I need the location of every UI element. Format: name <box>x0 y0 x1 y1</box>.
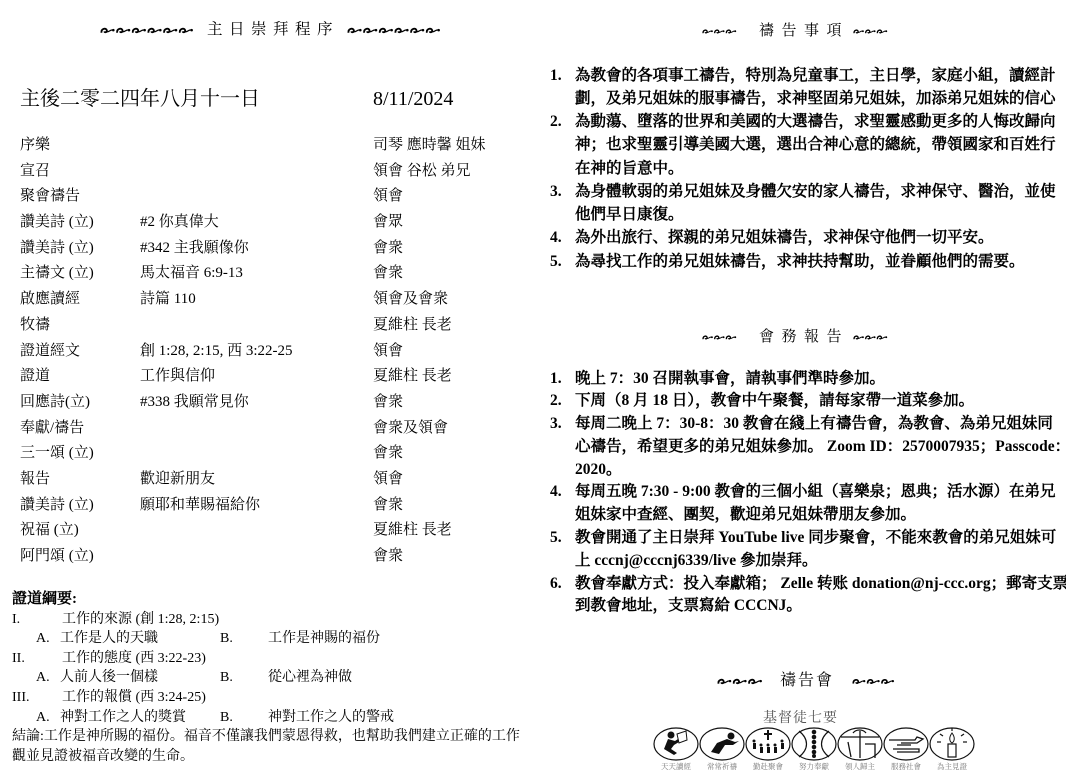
program-detail: 詩篇 110 <box>140 288 196 310</box>
outline-point-number: III. <box>12 688 30 708</box>
sermon-outline: 證道綱要: I. 工作的來源 (創 1:28, 2:15) A. 工作是人的天職… <box>0 590 530 766</box>
prayer-item-line: 為外出旅行、探親的弟兄姐妹禱告，求神保守他們一切平安。 <box>575 226 1066 249</box>
subpoint-a-text: 工作是人的天職 <box>60 629 158 649</box>
announcement-number: 2. <box>550 390 562 413</box>
prayer-item: 2. 為動蕩、墮落的世界和美國的大選禱告，求聖靈感動更多的人悔改歸向 神；也求聖… <box>540 110 1066 180</box>
subpoint-b-label: B. <box>220 708 233 728</box>
announcement-item: 4. 每周五晚 7:30 - 9:00 教會的三個小組（喜樂泉；恩典；活水源）在… <box>540 481 1066 527</box>
outline-point-number: I. <box>12 610 20 630</box>
announcement-line: 到教會地址，支票寫給 CCCNJ。 <box>575 595 1066 618</box>
sermon-conclusion-line: 觀並見證被福音改變的生命。 <box>12 747 194 767</box>
program-item: 回應詩(立) <box>20 391 90 413</box>
subpoint-b-text: 工作是神賜的福份 <box>268 629 380 649</box>
program-item: 證道經文 <box>20 340 80 362</box>
prayer-meeting-heading: 禱告會 <box>717 672 895 690</box>
seven-duties-labels: 天天讀經 常常祈禱 勤赴聚會 努力奉獻 領人歸主 服務社會 為主見證 <box>653 761 975 772</box>
program-leader: 會衆及領會 <box>373 417 448 439</box>
program-row: 讚美詩 (立)#342 主我願像你會衆 <box>0 237 530 263</box>
ornament-icon <box>702 27 737 36</box>
outline-subpoints: A. 神對工作之人的獎賞 B. 神對工作之人的警戒 <box>0 708 530 728</box>
ornament-icon <box>852 677 895 686</box>
program-leader: 領會 <box>373 340 403 362</box>
prayer-item-number: 2. <box>550 110 562 133</box>
program-leader: 會衆 <box>373 494 403 516</box>
program-leader: 夏維柱 長老 <box>373 519 452 541</box>
announcement-item: 3. 每周二晚上 7：30-8：30 教會在綫上有禱告會，為教會、為弟兄姐妹同 … <box>540 413 1066 481</box>
duty-label: 服務社會 <box>883 761 929 772</box>
duty-label: 努力奉獻 <box>791 761 837 772</box>
program-leader: 司琴 應時馨 姐妹 <box>373 134 486 156</box>
prayer-items-list: 1. 為教會的各項事工禱告，特別為兒童事工，主日學，家庭小組，讀經計 劃，及弟兄… <box>540 64 1066 273</box>
program-detail: 馬太福音 6:9-13 <box>140 262 243 284</box>
serving-hands-icon <box>889 737 923 752</box>
announcement-line: 每周五晚 7:30 - 9:00 教會的三個小組（喜樂泉；恩典；活水源）在弟兄 <box>575 481 1066 504</box>
announcement-line: 2020。 <box>575 459 1066 482</box>
announcement-item: 2. 下周（8 月 18 日），教會中午聚餐，請每家帶一道菜參加。 <box>540 390 1066 413</box>
subpoint-b-text: 神對工作之人的警戒 <box>268 708 394 728</box>
sermon-conclusion-line: 結論:工作是神所賜的福份。福音不僅讓我們蒙恩得救，也幫助我們建立正確的工作 <box>12 727 520 747</box>
prayer-item-line: 在神的旨意中。 <box>575 157 1066 180</box>
program-item: 報告 <box>20 468 50 490</box>
program-item: 證道 <box>20 365 50 387</box>
subpoint-a-text: 神對工作之人的獎賞 <box>60 708 186 728</box>
seven-duties-title: 基督徒七要 <box>763 707 838 727</box>
program-row: 證道經文創 1:28, 2:15, 西 3:22-25領會 <box>0 340 530 366</box>
program-detail: #342 主我願像你 <box>140 237 249 259</box>
announcement-number: 5. <box>550 527 562 550</box>
announcements-list: 1. 晚上 7：30 召開執事會，請執事們準時參加。 2. 下周（8 月 18 … <box>540 368 1066 619</box>
program-leader: 會衆 <box>373 262 403 284</box>
prayer-item-line: 為動蕩、墮落的世界和美國的大選禱告，求聖靈感動更多的人悔改歸向 <box>575 110 1066 133</box>
announcement-number: 1. <box>550 368 562 391</box>
duty-label: 勤赴聚會 <box>745 761 791 772</box>
program-detail: 歡迎新朋友 <box>140 468 215 490</box>
program-row: 三一頌 (立)會衆 <box>0 442 530 468</box>
prayer-item-number: 5. <box>550 250 562 273</box>
outline-point: I. 工作的來源 (創 1:28, 2:15) <box>0 610 530 630</box>
subpoint-a-label: A. <box>36 668 50 688</box>
prayer-item-number: 4. <box>550 226 562 249</box>
announcement-number: 4. <box>550 481 562 504</box>
ornament-icon <box>717 677 763 686</box>
announcement-item: 6. 教會奉獻方式：投入奉獻箱； Zelle 转账 donation@nj-cc… <box>540 573 1066 619</box>
ornament-icon <box>702 333 737 342</box>
congregation-cross-icon <box>753 730 785 753</box>
outline-point-text: 工作的來源 (創 1:28, 2:15) <box>62 610 219 630</box>
program-row: 啟應讀經詩篇 110領會及會衆 <box>0 288 530 314</box>
program-leader: 領會及會衆 <box>373 288 448 310</box>
duty-label: 領人歸主 <box>837 761 883 772</box>
prayer-item: 1. 為教會的各項事工禱告，特別為兒童事工，主日學，家庭小組，讀經計 劃，及弟兄… <box>540 64 1066 111</box>
program-row: 宣召領會 谷松 弟兄 <box>0 160 530 186</box>
sermon-outline-heading: 證道綱要: <box>12 590 77 610</box>
program-row: 讚美詩 (立)願耶和華賜福給你會衆 <box>0 494 530 520</box>
program-detail: 工作與信仰 <box>140 365 215 387</box>
program-leader: 領會 <box>373 468 403 490</box>
subpoint-a-label: A. <box>36 708 50 728</box>
outline-subpoints: A. 人前人後一個樣 B. 從心裡為神做 <box>0 668 530 688</box>
program-item: 阿門頌 (立) <box>20 545 94 567</box>
outline-point-number: II. <box>12 649 25 669</box>
program-row: 祝福 (立)夏維柱 長老 <box>0 519 530 545</box>
prayer-item: 4. 為外出旅行、探親的弟兄姐妹禱告，求神保守他們一切平安。 <box>540 226 1066 249</box>
program-detail: #2 你真偉大 <box>140 211 219 233</box>
announcements-title: 會務報告 <box>759 328 849 346</box>
worship-order-title: 主日崇拜程序 <box>207 21 339 39</box>
announcement-item: 1. 晚上 7：30 召開執事會，請執事們準時參加。 <box>540 368 1066 391</box>
outline-subpoints: A. 工作是人的天職 B. 工作是神賜的福份 <box>0 629 530 649</box>
prayer-item-line: 他們早日康復。 <box>575 203 1066 226</box>
announcement-item: 5. 教會開通了主日崇拜 YouTube live 同步聚會，不能來教會的弟兄姐… <box>540 527 1066 573</box>
prayer-item-number: 3. <box>550 180 562 203</box>
program-leader: 會眾 <box>373 211 403 233</box>
program-item: 序樂 <box>20 134 50 156</box>
announcement-line: 教會奉獻方式：投入奉獻箱； Zelle 转账 donation@nj-ccc.o… <box>575 573 1066 596</box>
prayer-item: 5. 為尋找工作的弟兄姐妹禱告，求神扶持幫助，並眷顧他們的需要。 <box>540 250 1066 273</box>
seven-duties-image: 基督徒七要 <box>650 705 980 772</box>
program-leader: 會衆 <box>373 545 403 567</box>
ornament-icon <box>100 26 194 35</box>
service-date: 8/11/2024 <box>373 87 453 111</box>
program-item: 祝福 (立) <box>20 519 79 541</box>
announcement-line: 下周（8 月 18 日），教會中午聚餐，請每家帶一道菜參加。 <box>575 390 1066 413</box>
program-detail: 創 1:28, 2:15, 西 3:22-25 <box>140 340 293 362</box>
prayer-item-line: 為教會的各項事工禱告，特別為兒童事工，主日學，家庭小組，讀經計 <box>575 64 1066 87</box>
reading-person-icon <box>664 731 687 755</box>
subpoint-a-label: A. <box>36 629 50 649</box>
announcement-line: 上 cccnj@cccnj6339/live 參加崇拜。 <box>575 550 1066 573</box>
announcement-number: 6. <box>550 573 562 596</box>
ornament-icon <box>853 27 888 36</box>
prayer-item-line: 劃，及弟兄姐妹的服事禱告，求神堅固弟兄姐妹，加添弟兄姐妹的信心 <box>575 87 1066 110</box>
program-row: 牧禱夏維柱 長老 <box>0 314 530 340</box>
duty-label: 為主見證 <box>929 761 975 772</box>
announcement-line: 晚上 7：30 召開執事會，請執事們準時參加。 <box>575 368 1066 391</box>
cross-tree-icon <box>841 730 879 758</box>
service-date-chinese: 主後二零二四年八月十一日 <box>20 87 260 111</box>
program-item: 讚美詩 (立) <box>20 494 94 516</box>
announcements-heading: 會務報告 <box>702 328 888 346</box>
program-row: 奉獻/禱告會衆及領會 <box>0 417 530 443</box>
program-item: 聚會禱告 <box>20 185 80 207</box>
outline-point-text: 工作的態度 (西 3:22-23) <box>62 649 206 669</box>
program-row: 回應詩(立)#338 我願常見你會衆 <box>0 391 530 417</box>
prayer-item-line: 為身體軟弱的弟兄姐妹及身體欠安的家人禱告，求神保守、醫治，並使 <box>575 180 1066 203</box>
program-leader: 夏維柱 長老 <box>373 314 452 336</box>
prayer-items-heading: 禱告事項 <box>702 22 888 40</box>
subpoint-b-label: B. <box>220 668 233 688</box>
outline-point: II. 工作的態度 (西 3:22-23) <box>0 649 530 669</box>
fish-offering-icon <box>799 730 829 758</box>
program-row: 阿門頌 (立)會衆 <box>0 545 530 571</box>
outline-point: III. 工作的報償 (西 3:24-25) <box>0 688 530 708</box>
program-row: 讚美詩 (立)#2 你真偉大會眾 <box>0 211 530 237</box>
prayer-item-number: 1. <box>550 64 562 87</box>
program-item: 讚美詩 (立) <box>20 237 94 259</box>
program-row: 主禱文 (立)馬太福音 6:9-13會衆 <box>0 262 530 288</box>
prayer-items-title: 禱告事項 <box>759 22 849 40</box>
outline-point-text: 工作的報償 (西 3:24-25) <box>62 688 206 708</box>
program-row: 序樂司琴 應時馨 姐妹 <box>0 134 530 160</box>
duty-label: 常常祈禱 <box>699 761 745 772</box>
prayer-item-line: 為尋找工作的弟兄姐妹禱告，求神扶持幫助，並眷顧他們的需要。 <box>575 250 1066 273</box>
program-item: 宣召 <box>20 160 50 182</box>
program-row: 聚會禱告領會 <box>0 185 530 211</box>
announcement-line: 姐妹家中查經、團契，歡迎弟兄姐妹帶朋友參加。 <box>575 504 1066 527</box>
program-row: 報告歡迎新朋友領會 <box>0 468 530 494</box>
prayer-meeting-title: 禱告會 <box>780 672 834 690</box>
program-detail: #338 我願常見你 <box>140 391 249 413</box>
announcement-number: 3. <box>550 413 562 436</box>
subpoint-b-text: 從心裡為神做 <box>268 668 352 688</box>
announcement-line: 每周二晚上 7：30-8：30 教會在綫上有禱告會，為教會、為弟兄姐妹同 <box>575 413 1066 436</box>
program-leader: 會衆 <box>373 237 403 259</box>
program-leader: 夏維柱 長老 <box>373 365 452 387</box>
program-row: 證道工作與信仰夏維柱 長老 <box>0 365 530 391</box>
program-item: 三一頌 (立) <box>20 442 94 464</box>
announcement-line: 心禱告，希望更多的弟兄姐妹參加。 Zoom ID：2570007935；Pass… <box>575 436 1066 459</box>
program-leader: 領會 <box>373 185 403 207</box>
program-leader: 會衆 <box>373 442 403 464</box>
program-item: 奉獻/禱告 <box>20 417 84 439</box>
program-leader: 會衆 <box>373 391 403 413</box>
praying-person-icon <box>711 733 739 755</box>
ornament-icon <box>347 26 441 35</box>
program-leader: 領會 谷松 弟兄 <box>373 160 471 182</box>
prayer-item-line: 神；也求聖靈引導美國大選，選出合神心意的總統，帶領國家和百姓行 <box>575 133 1066 156</box>
prayer-item: 3. 為身體軟弱的弟兄姐妹及身體欠安的家人禱告，求神保守、醫治，並使 他們早日康… <box>540 180 1066 227</box>
duty-label: 天天讀經 <box>653 761 699 772</box>
program-item: 主禱文 (立) <box>20 262 94 284</box>
service-date-line: 主後二零二四年八月十一日 8/11/2024 <box>0 87 530 111</box>
seven-duties-icons <box>653 727 975 761</box>
program-detail: 願耶和華賜福給你 <box>140 494 260 516</box>
program-item: 牧禱 <box>20 314 50 336</box>
worship-order-heading: 主日崇拜程序 <box>100 21 441 39</box>
announcement-line: 教會開通了主日崇拜 YouTube live 同步聚會，不能來教會的弟兄姐妹可 <box>575 527 1066 550</box>
program-item: 讚美詩 (立) <box>20 211 94 233</box>
ornament-icon <box>853 333 888 342</box>
worship-program: 序樂司琴 應時馨 姐妹 宣召領會 谷松 弟兄 聚會禱告領會 讚美詩 (立)#2 … <box>0 134 530 571</box>
program-item: 啟應讀經 <box>20 288 80 310</box>
subpoint-a-text: 人前人後一個樣 <box>60 668 158 688</box>
candle-icon <box>937 728 967 757</box>
subpoint-b-label: B. <box>220 629 233 649</box>
